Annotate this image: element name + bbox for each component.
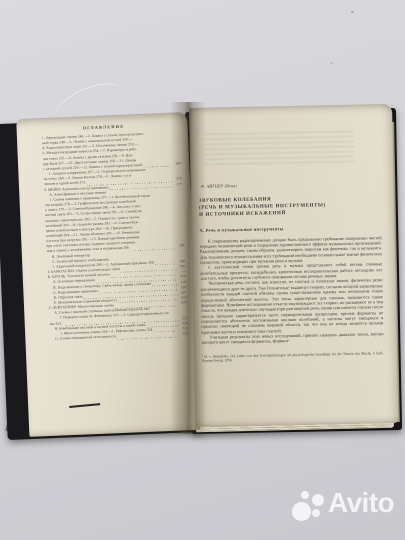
toc-page-number: 277 [174,182,182,187]
chapter-author: Ф. АЙГНЕР (Вена) [201,180,381,189]
avito-wordmark: Avito [328,487,394,519]
surface-speck [351,11,354,13]
body-paragraph: Человеческая речь состоит, как известно,… [200,278,383,335]
ink-dash-mark [69,403,100,408]
toc-entry-text: С. Схемы повышенной селективности [55,334,116,342]
right-page-chapter: Ф. АЙГНЕР (Вена) ЗВУКОВЫЕ КОЛЕБАНИЯ (РЕЧ… [189,104,398,427]
toc-content: ОГЛАВЛЕНИЕ 1. Однородные линии 246.—2. Л… [16,112,196,343]
avito-watermark: Avito [292,486,402,528]
left-page-table-of-contents: ОГЛАВЛЕНИЕ 1. Однородные линии 246.—2. Л… [16,112,200,437]
toc-heading: ОГЛАВЛЕНИЕ [42,122,166,132]
avito-logo-icon [292,490,326,524]
toc-page-number: 286 [177,244,185,249]
toc-page-number: 260 [173,161,181,166]
body-paragraphs: К современному радиоприемнику должно быт… [200,235,384,346]
dot-leader [156,261,177,266]
section-heading: А. Речь и музыкальные инструменты [199,224,381,233]
toc-lines: 1. Однородные линии 246.—2. Лампы с сетк… [42,130,189,342]
body-paragraph: К современному радиоприемнику должно быт… [200,235,382,265]
toc-page-number: 323 [179,300,187,305]
toc-page-number: 325 [180,331,188,336]
show-through-text [204,131,355,168]
footnote: ¹ H. v. Helmholtz, Die Lehre von den Ton… [202,351,384,364]
surface-speck [330,62,333,64]
